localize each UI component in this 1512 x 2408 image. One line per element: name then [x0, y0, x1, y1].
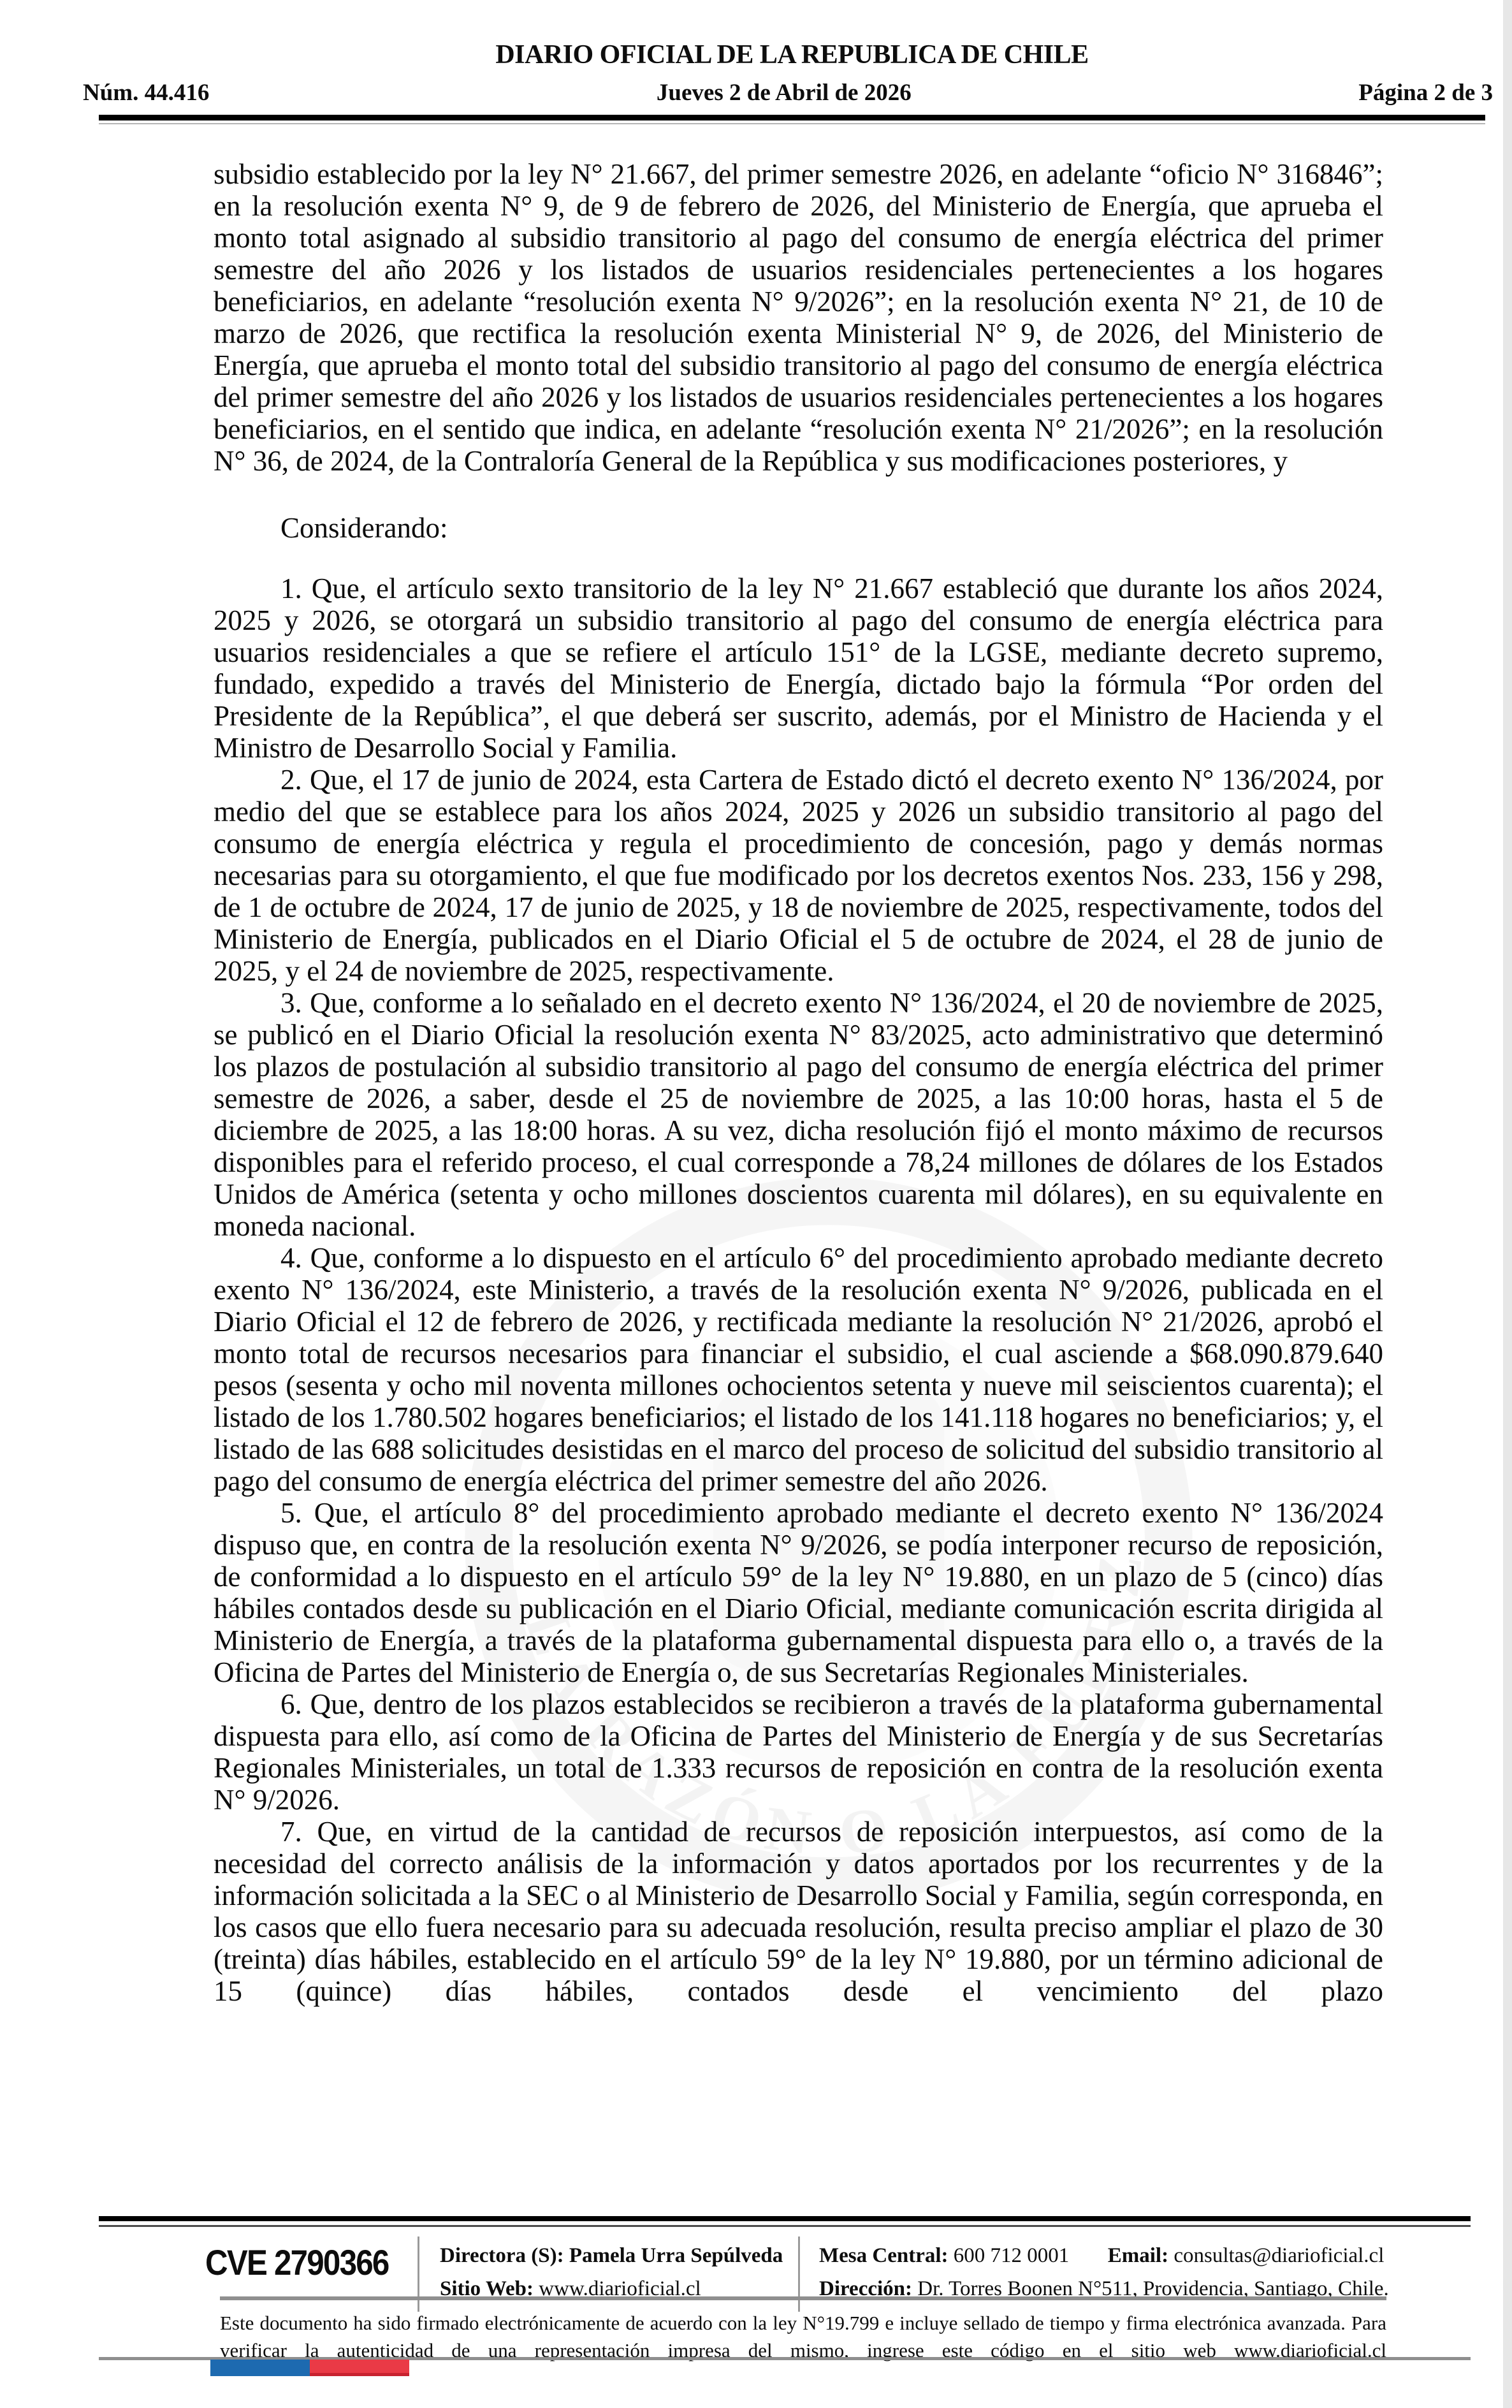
phone-value: 600 712 0001 — [954, 2244, 1070, 2267]
considerando-item-1: 1. Que, el artículo sexto transitorio de… — [214, 573, 1383, 764]
flag-blue-segment — [210, 2360, 310, 2376]
legal-separator-rule — [220, 2296, 1386, 2300]
legal-notice: Este documento ha sido firmado electróni… — [220, 2309, 1386, 2364]
footer-rule-thin — [99, 2225, 1471, 2227]
resolution-body: subsidio establecido por la ley N° 21.66… — [214, 158, 1383, 2192]
footer-divider-1 — [418, 2237, 419, 2312]
header-rule-shadow — [99, 123, 1485, 124]
considerando-heading: Considerando: — [214, 512, 1383, 544]
flag-red-segment — [310, 2360, 409, 2376]
footer-contact-column: Mesa Central: 600 712 0001 Email: consul… — [819, 2239, 1389, 2305]
considerando-item-3: 3. Que, conforme a lo señalado en el dec… — [214, 987, 1383, 1242]
cve-code: CVE 2790366 — [205, 2242, 389, 2283]
director-label: Directora (S): — [440, 2244, 564, 2267]
considerando-item-2: 2. Que, el 17 de junio de 2024, esta Car… — [214, 764, 1383, 987]
footer-rule-thick — [99, 2216, 1471, 2221]
issue-date: Jueves 2 de Abril de 2026 — [209, 79, 1358, 106]
footer-divider-2 — [798, 2237, 800, 2312]
site-line: Sitio Web: www.diarioficial.cl — [440, 2272, 783, 2305]
considerando-item-6: 6. Que, dentro de los plazos establecido… — [214, 1688, 1383, 1816]
director-line: Directora (S): Pamela Urra Sepúlveda — [440, 2239, 783, 2272]
considerando-item-5: 5. Que, el artículo 8° del procedimiento… — [214, 1497, 1383, 1688]
page-indicator: Página 2 de 3 — [1358, 79, 1493, 106]
chile-flag-bar — [210, 2360, 409, 2376]
email-label: Email: — [1108, 2244, 1168, 2267]
gazette-page: LA RAZÓN O LA FUERZA DIARIO OFICIAL DE L… — [0, 0, 1512, 2408]
issue-number: Núm. 44.416 — [83, 79, 209, 106]
scan-edge-artifact — [1503, 0, 1512, 2408]
phone-label: Mesa Central: — [819, 2244, 949, 2267]
email-value: consultas@diarioficial.cl — [1174, 2244, 1384, 2267]
header-meta-row: Núm. 44.416 Jueves 2 de Abril de 2026 Pá… — [83, 79, 1493, 106]
phone-email-line: Mesa Central: 600 712 0001 Email: consul… — [819, 2239, 1389, 2272]
director-name: Pamela Urra Sepúlveda — [569, 2244, 783, 2267]
considerando-item-7: 7. Que, en virtud de la cantidad de recu… — [214, 1816, 1383, 2007]
intro-paragraph: subsidio establecido por la ley N° 21.66… — [214, 158, 1383, 477]
footer-director-column: Directora (S): Pamela Urra Sepúlveda Sit… — [440, 2239, 783, 2305]
considerando-item-4: 4. Que, conforme a lo dispuesto en el ar… — [214, 1242, 1383, 1497]
header-rule — [99, 115, 1485, 120]
masthead-title: DIARIO OFICIAL DE LA REPUBLICA DE CHILE — [99, 40, 1485, 70]
address-line: Dirección: Dr. Torres Boonen N°511, Prov… — [819, 2272, 1389, 2305]
